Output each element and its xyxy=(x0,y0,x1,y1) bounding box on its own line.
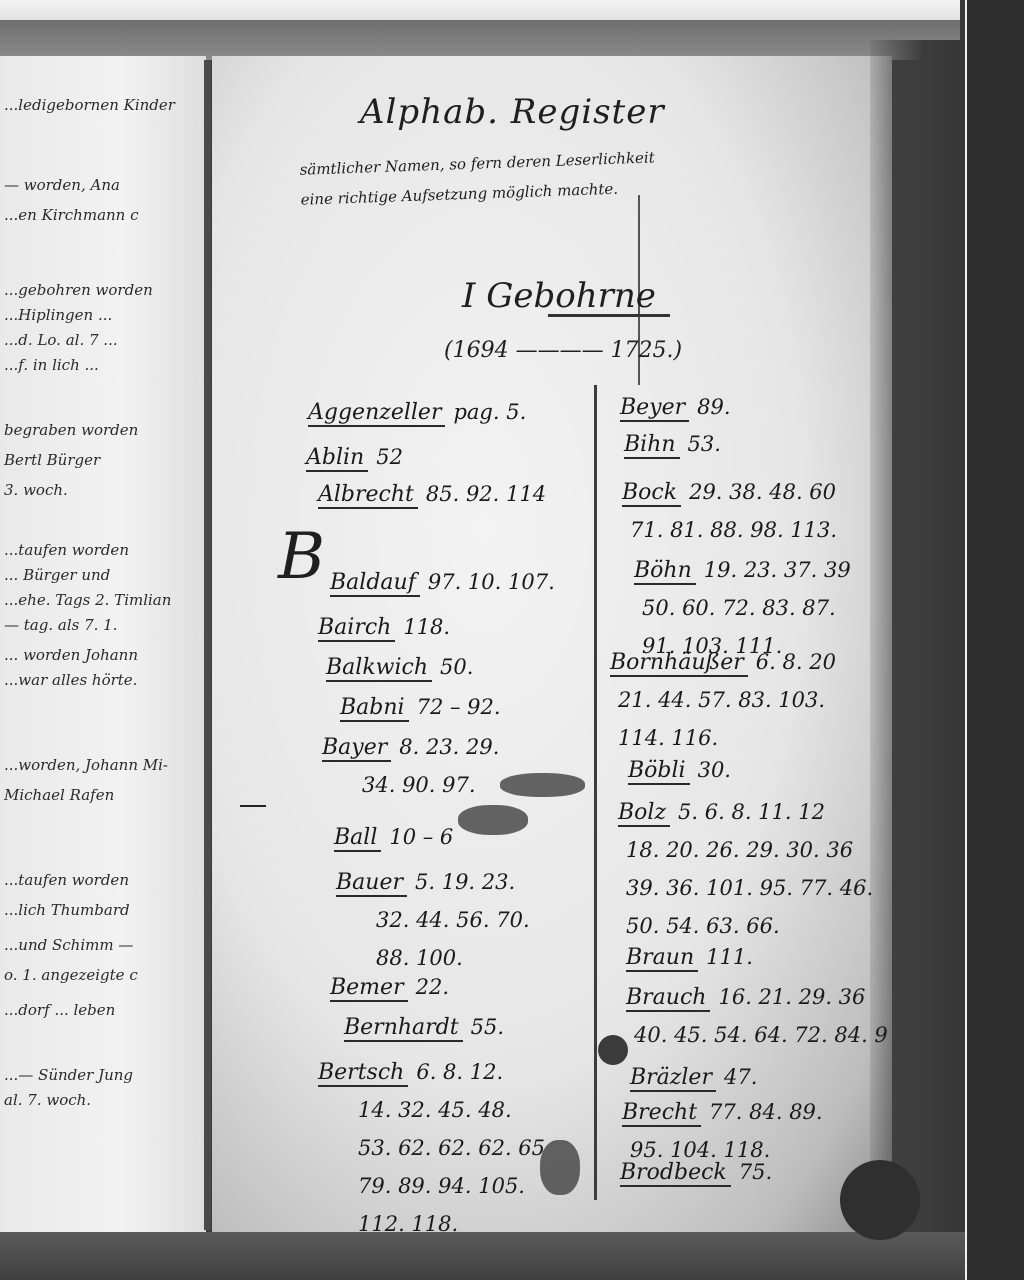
page-references-continued: 71. 81. 88. 98. 113. xyxy=(630,518,837,542)
left-page-text-line: — worden, Ana xyxy=(4,176,120,194)
left-page-text-line: ...d. Lo. al. 7 ... xyxy=(4,331,118,349)
left-page-text-line: ...Hiplingen ... xyxy=(4,306,112,324)
film-spot xyxy=(598,1035,628,1065)
index-entry: Bernhardt55. xyxy=(344,1015,504,1042)
page-references: 5. 6. 8. 11. 12 xyxy=(678,800,825,824)
index-entry: Beyer89. xyxy=(620,395,731,422)
register-title: Alphab. Register xyxy=(360,92,665,132)
page-references: 85. 92. 114 xyxy=(426,482,546,506)
page-references-continued: 34. 90. 97. xyxy=(362,773,476,797)
left-page-text-line: ...worden, Johann Mi- xyxy=(4,756,168,774)
surname: Bayer xyxy=(322,735,391,762)
ink-blot xyxy=(540,1140,580,1195)
surname: Brodbeck xyxy=(620,1160,731,1187)
page-edge-shadow xyxy=(870,40,965,1240)
page-references-continued: 112. 118. xyxy=(358,1212,458,1236)
surname: Braun xyxy=(626,945,698,972)
page-references: 50. xyxy=(440,655,473,679)
surname: Bihn xyxy=(624,432,680,459)
page-references: 89. xyxy=(697,395,730,419)
index-entry: Brecht77. 84. 89. xyxy=(622,1100,823,1127)
index-entry: Braun111. xyxy=(626,945,753,972)
left-page-text-line: al. 7. woch. xyxy=(4,1091,91,1109)
left-page-text-line: ...taufen worden xyxy=(4,541,129,559)
page-references: 19. 23. 37. 39 xyxy=(704,558,851,582)
surname: Beyer xyxy=(620,395,689,422)
page-references-continued: 40. 45. 54. 64. 72. 84. 9 xyxy=(634,1023,888,1047)
index-entry: Albrecht85. 92. 114 xyxy=(318,482,546,509)
column-divider xyxy=(594,385,597,1200)
index-entry: Bolz5. 6. 8. 11. 12 xyxy=(618,800,825,827)
year-range: (1694 ———— 1725.) xyxy=(444,338,682,363)
surname: Bairch xyxy=(318,615,395,642)
surname: Böbli xyxy=(628,758,690,785)
page-references: 5. 19. 23. xyxy=(415,870,515,894)
surname: Bolz xyxy=(618,800,670,827)
page-references: 6. 8. 20 xyxy=(756,650,836,674)
subtitle-line-2: eine richtige Aufsetzung möglich machte. xyxy=(300,180,618,209)
page-references-continued: 39. 36. 101. 95. 77. 46. xyxy=(626,876,873,900)
surname: Brecht xyxy=(622,1100,701,1127)
page-references: 111. xyxy=(706,945,753,969)
index-entry: Bräzler47. xyxy=(630,1065,757,1092)
surname: Böhn xyxy=(634,558,696,585)
ink-blot xyxy=(458,805,528,835)
section-heading: I Gebohrne xyxy=(462,276,656,316)
surname: Bemer xyxy=(330,975,408,1002)
index-entry: Bairch118. xyxy=(318,615,450,642)
left-page-text-line: begraben worden xyxy=(4,421,138,439)
index-entry: Böbli30. xyxy=(628,758,731,785)
surname: Bauer xyxy=(336,870,407,897)
left-page-text-line: Bertl Bürger xyxy=(4,451,100,469)
page-references: 6. 8. 12. xyxy=(416,1060,503,1084)
page-references-continued: 50. 60. 72. 83. 87. xyxy=(642,596,836,620)
left-page-text-line: 3. woch. xyxy=(4,481,68,499)
left-page-text-line: ...— Sünder Jung xyxy=(4,1066,133,1084)
index-entry: Brodbeck75. xyxy=(620,1160,772,1187)
index-entry: Brauch16. 21. 29. 36 xyxy=(626,985,865,1012)
left-page-text-line: ...dorf ... leben xyxy=(4,1001,115,1019)
page-references-continued: 18. 20. 26. 29. 30. 36 xyxy=(626,838,853,862)
page-references: 53. xyxy=(688,432,721,456)
left-page-text-line: ...en Kirchmann c xyxy=(4,206,139,224)
index-entry: Bayer8. 23. 29. xyxy=(322,735,499,762)
page-references: 47. xyxy=(724,1065,757,1089)
left-page-text-line: ...gebohren worden xyxy=(4,281,153,299)
decorative-initial-B: B xyxy=(278,520,325,594)
book-gutter xyxy=(204,60,211,1230)
page-references: 97. 10. 107. xyxy=(428,570,555,594)
page-references-continued: 32. 44. 56. 70. xyxy=(376,908,530,932)
surname: Baldauf xyxy=(330,570,420,597)
left-page-text-line: o. 1. angezeigte c xyxy=(4,966,138,984)
section-underline xyxy=(548,314,670,317)
index-entry: Bauer5. 19. 23. xyxy=(336,870,515,897)
index-entry: Bock29. 38. 48. 60 xyxy=(622,480,836,507)
page-references: 30. xyxy=(698,758,731,782)
left-page: ...ledigebornen Kinder— worden, Ana...en… xyxy=(0,56,206,1236)
surname: Ablin xyxy=(306,445,368,472)
page-references: 8. 23. 29. xyxy=(399,735,499,759)
page-references: 29. 38. 48. 60 xyxy=(689,480,836,504)
left-page-text-line: ...taufen worden xyxy=(4,871,129,889)
left-page-text-line: ... worden Johann xyxy=(4,646,138,664)
left-page-text-line: ... Bürger und xyxy=(4,566,110,584)
film-right-edge xyxy=(965,0,1024,1280)
left-page-text-line: ...und Schimm — xyxy=(4,936,133,954)
page-references: 16. 21. 29. 36 xyxy=(718,985,865,1009)
index-entry: Ablin52 xyxy=(306,445,403,472)
left-page-text-line: ...ehe. Tags 2. Timlian xyxy=(4,591,171,609)
page-references-continued: 21. 44. 57. 83. 103. xyxy=(618,688,825,712)
left-page-text-line: ...war alles hörte. xyxy=(4,671,137,689)
surname: Ball xyxy=(334,825,381,852)
index-entry: Aggenzellerpag. 5. xyxy=(308,400,526,427)
page-references-continued: 79. 89. 94. 105. xyxy=(358,1174,525,1198)
surname: Albrecht xyxy=(318,482,418,509)
ink-blot xyxy=(500,773,585,797)
page-references-continued: 50. 54. 63. 66. xyxy=(626,914,780,938)
left-page-text-line: ...lich Thumbard xyxy=(4,901,130,919)
left-page-text-line: ...ledigebornen Kinder xyxy=(4,96,175,114)
margin-dash xyxy=(240,805,266,807)
surname: Bernhardt xyxy=(344,1015,463,1042)
surname: Bock xyxy=(622,480,681,507)
page-references: 77. 84. 89. xyxy=(709,1100,823,1124)
surname: Bräzler xyxy=(630,1065,716,1092)
index-entry: Bemer22. xyxy=(330,975,449,1002)
left-page-text-line: — tag. als 7. 1. xyxy=(4,616,117,634)
index-entry: Balkwich50. xyxy=(326,655,473,682)
surname: Brauch xyxy=(626,985,710,1012)
index-entry: Babni72 – 92. xyxy=(340,695,501,722)
index-entry: Böhn19. 23. 37. 39 xyxy=(634,558,851,585)
index-entry: Bertsch6. 8. 12. xyxy=(318,1060,503,1087)
page-references: 10 – 6 xyxy=(389,825,453,849)
index-entry: Bornhäußer6. 8. 20 xyxy=(610,650,836,677)
surname: Bertsch xyxy=(318,1060,408,1087)
film-top-edge xyxy=(0,0,960,22)
page-references-continued: 14. 32. 45. 48. xyxy=(358,1098,512,1122)
page-references: pag. 5. xyxy=(453,400,526,424)
index-entry: Baldauf97. 10. 107. xyxy=(330,570,555,597)
film-bottom-edge xyxy=(0,1232,965,1280)
page-references: 118. xyxy=(403,615,450,639)
film-top-shadow xyxy=(0,20,960,60)
subtitle-line-1: sämtlicher Namen, so fern deren Leserlic… xyxy=(299,148,655,178)
surname: Babni xyxy=(340,695,409,722)
surname: Bornhäußer xyxy=(610,650,748,677)
page-references: 52 xyxy=(376,445,403,469)
index-entry: Ball10 – 6 xyxy=(334,825,453,852)
page-references: 72 – 92. xyxy=(417,695,501,719)
left-page-text-line: ...f. in lich ... xyxy=(4,356,99,374)
page-references-continued: 114. 116. xyxy=(618,726,718,750)
surname: Balkwich xyxy=(326,655,432,682)
page-references-continued: 95. 104. 118. xyxy=(630,1138,770,1162)
surname: Aggenzeller xyxy=(308,400,445,427)
page-references: 22. xyxy=(416,975,449,999)
index-entry: Bihn53. xyxy=(624,432,721,459)
page-references: 55. xyxy=(471,1015,504,1039)
page-references-continued: 88. 100. xyxy=(376,946,463,970)
right-page xyxy=(212,56,892,1236)
page-references-continued: 53. 62. 62. 62. 65 xyxy=(358,1136,545,1160)
film-corner-shadow xyxy=(840,1160,920,1240)
page-references: 75. xyxy=(739,1160,772,1184)
left-page-text-line: Michael Rafen xyxy=(4,786,114,804)
